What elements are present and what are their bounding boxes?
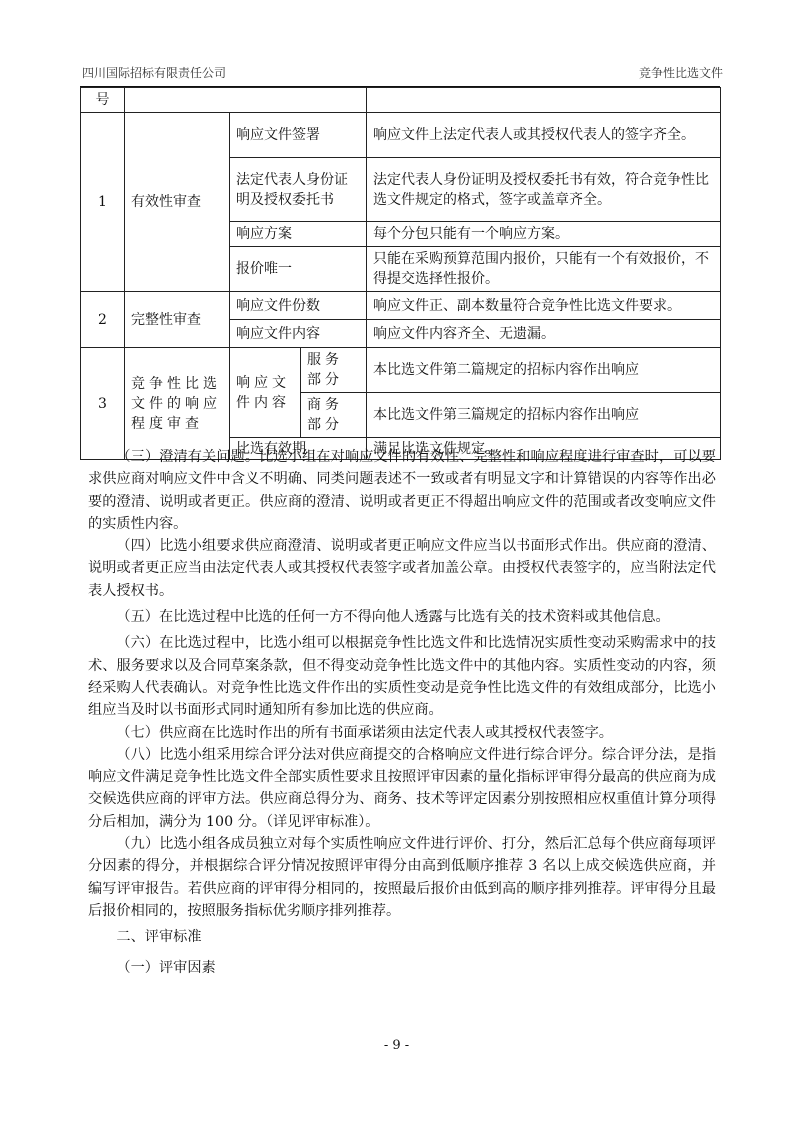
empty-cell	[367, 88, 721, 113]
row-number-cell: 1	[81, 113, 125, 292]
category-cell: 有效性审查	[125, 113, 230, 292]
body-text: （三）澄清有关问题。比选小组在对响应文件的有效性、完整性和响应程度进行审查时，可…	[88, 446, 716, 979]
paragraph-written-commitment: （七）供应商在比选时作出的所有书面承诺须由法定代表人或其授权代表签字。	[88, 722, 716, 744]
paragraph-clarification: （三）澄清有关问题。比选小组在对响应文件的有效性、完整性和响应程度进行审查时，可…	[88, 446, 716, 535]
subsection-heading-factors: （一）评审因素	[88, 957, 716, 979]
paragraph-substantive-change: （六）在比选过程中，比选小组可以根据竞争性比选文件和比选情况实质性变动采购需求中…	[88, 632, 716, 721]
standard-cell: 本比选文件第三篇规定的招标内容作出响应	[367, 393, 721, 438]
sub-item-cell: 商务部分	[301, 393, 367, 438]
row-number-cell: 3	[81, 348, 125, 460]
table-row: 3 竞争性比选文件的响应程度审查 响应文件内容 服务部分 本比选文件第二篇规定的…	[81, 348, 721, 393]
page-number: - 9 -	[0, 1038, 793, 1053]
review-criteria-table: 号 1 有效性审查 响应文件签署 响应文件上法定代表人或其授权代表人的签字齐全。…	[80, 87, 721, 460]
item-cell: 响应文件内容	[230, 320, 367, 348]
document-title: 竞争性比选文件	[639, 64, 723, 84]
paragraph-written-form: （四）比选小组要求供应商澄清、说明或者更正响应文件应当以书面形式作出。供应商的澄…	[88, 535, 716, 602]
empty-cell	[125, 88, 367, 113]
standard-cell: 响应文件正、副本数量符合竞争性比选文件要求。	[367, 292, 721, 320]
standard-cell: 只能在采购预算范围内报价，只能有一个有效报价，不得提交选择性报价。	[367, 247, 721, 292]
section-heading-criteria: 二、评审标准	[88, 926, 716, 948]
row-number-cell: 号	[81, 88, 125, 113]
sub-item-cell: 服务部分	[301, 348, 367, 393]
category-cell: 竞争性比选文件的响应程度审查	[125, 348, 230, 460]
standard-cell: 响应文件内容齐全、无遗漏。	[367, 320, 721, 348]
item-cell: 响应文件份数	[230, 292, 367, 320]
standard-cell: 每个分包只能有一个响应方案。	[367, 222, 721, 247]
table-row: 号	[81, 88, 721, 113]
paragraph-scoring-method: （八）比选小组采用综合评分法对供应商提交的合格响应文件进行综合评分。综合评分法，…	[88, 744, 716, 833]
standard-cell: 本比选文件第二篇规定的招标内容作出响应	[367, 348, 721, 393]
standard-cell: 法定代表人身份证明及授权委托书有效，符合竞争性比选文件规定的格式，签字或盖章齐全…	[367, 158, 721, 222]
company-name: 四川国际招标有限责任公司	[82, 64, 226, 84]
paragraph-ranking: （九）比选小组各成员独立对每个实质性响应文件进行评价、打分，然后汇总每个供应商每…	[88, 833, 716, 922]
item-cell: 报价唯一	[230, 247, 367, 292]
table-row: 1 有效性审查 响应文件签署 响应文件上法定代表人或其授权代表人的签字齐全。	[81, 113, 721, 158]
item-cell: 响应文件签署	[230, 113, 367, 158]
row-number-cell: 2	[81, 292, 125, 348]
item-cell: 响应文件内容	[230, 348, 301, 438]
table-row: 2 完整性审查 响应文件份数 响应文件正、副本数量符合竞争性比选文件要求。	[81, 292, 721, 320]
paragraph-confidentiality: （五）在比选过程中比选的任何一方不得向他人透露与比选有关的技术资料或其他信息。	[88, 606, 716, 628]
item-cell: 法定代表人身份证明及授权委托书	[230, 158, 367, 222]
item-cell: 响应方案	[230, 222, 367, 247]
category-cell: 完整性审查	[125, 292, 230, 348]
standard-cell: 响应文件上法定代表人或其授权代表人的签字齐全。	[367, 113, 721, 158]
page-header: 四川国际招标有限责任公司 竞争性比选文件	[82, 64, 723, 84]
